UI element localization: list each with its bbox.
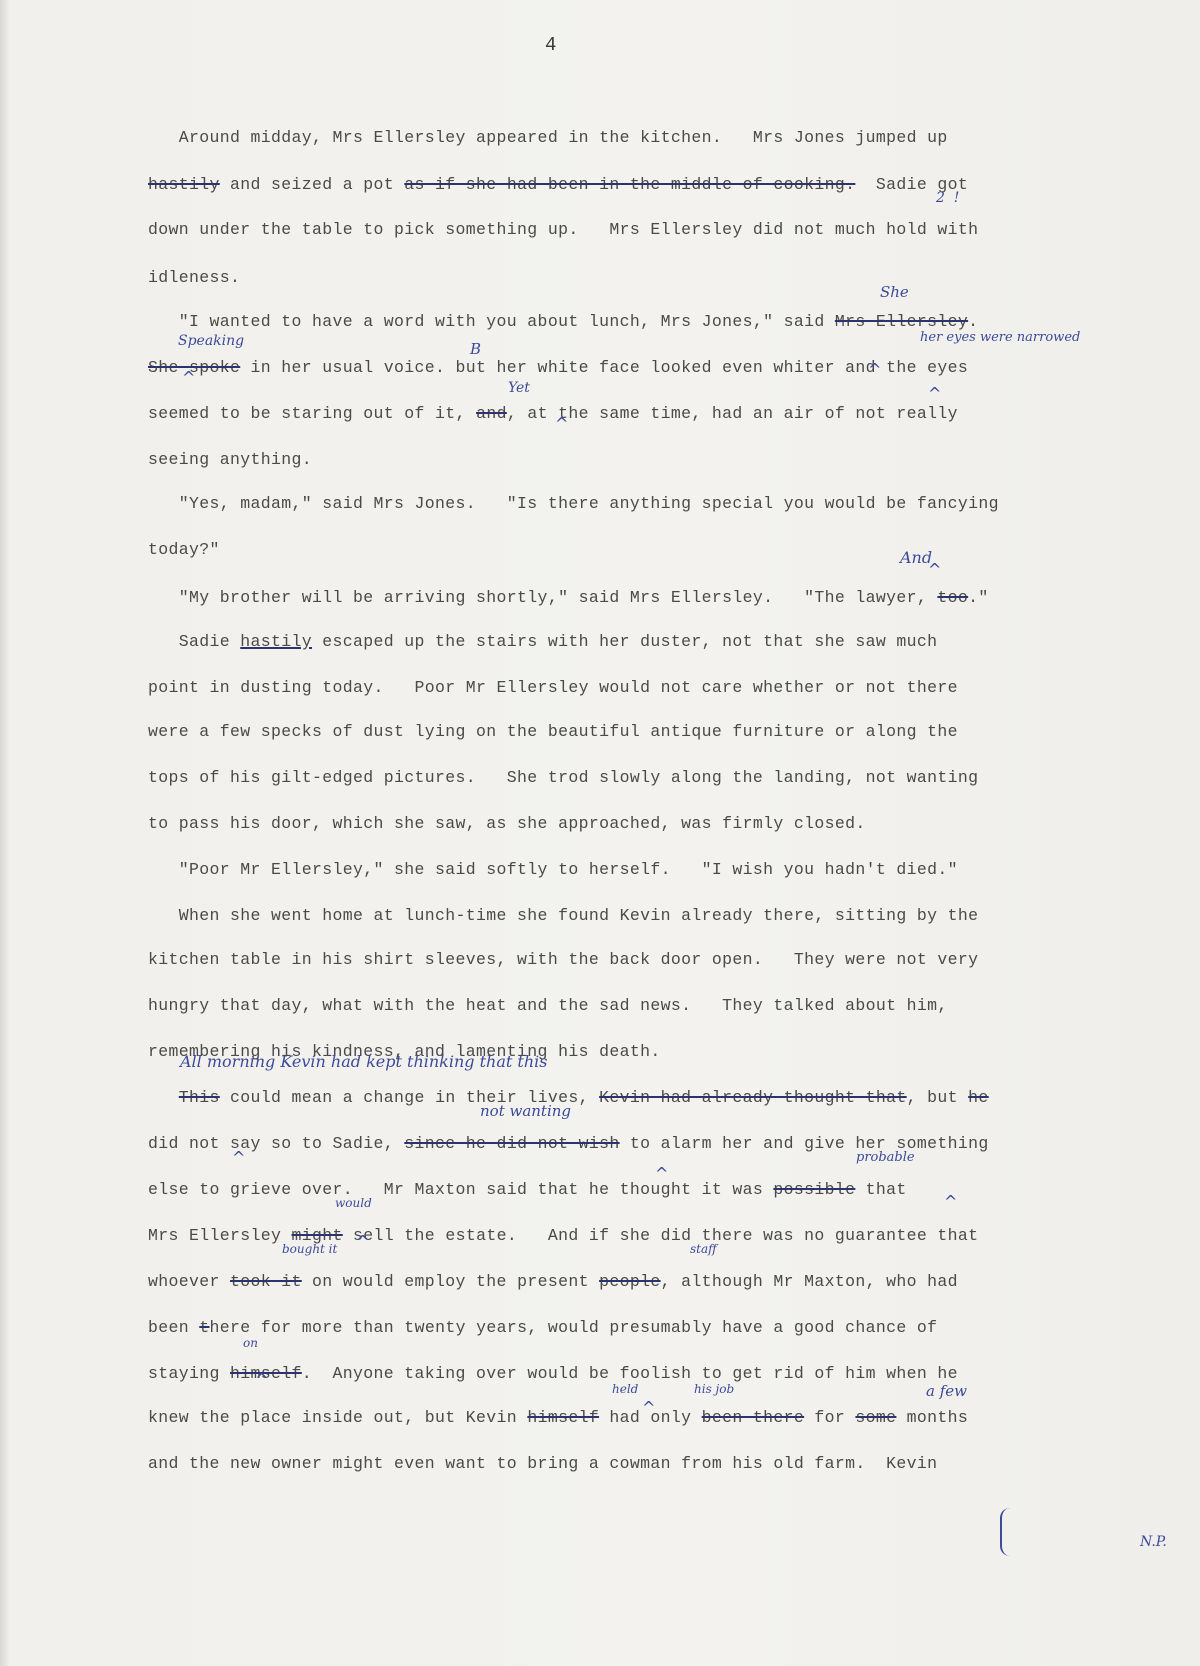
text-run: , although Mr Maxton, who had	[661, 1272, 958, 1291]
text-run: , but	[907, 1088, 969, 1107]
typed-line: "I wanted to have a word with you about …	[148, 312, 978, 331]
typed-line: kitchen table in his shirt sleeves, with…	[148, 950, 978, 969]
annotation-her-eyes-narrowed: her eyes were narrowed	[920, 330, 1080, 345]
insertion-caret-icon: ^	[356, 1232, 369, 1251]
text-run: .	[968, 312, 978, 331]
insertion-caret-icon: ^	[868, 360, 881, 379]
typed-line: point in dusting today. Poor Mr Ellersle…	[148, 678, 958, 697]
annotation-speaking: Speaking	[178, 333, 244, 349]
annotation-all-morning: All morning Kevin had kept thinking that…	[180, 1052, 547, 1071]
text-run: Mrs Ellersley	[148, 1226, 292, 1245]
text-run: were a few specks of dust lying on the b…	[148, 722, 958, 741]
insertion-caret-icon: ^	[928, 384, 941, 403]
text-run: point in dusting today. Poor Mr Ellersle…	[148, 678, 958, 697]
struck-text: been there	[702, 1408, 805, 1427]
text-run: "Yes, madam," said Mrs Jones. "Is there …	[148, 494, 999, 513]
struck-text: This	[179, 1088, 220, 1107]
insertion-caret-icon: ^	[555, 414, 568, 433]
text-run: When she went home at lunch-time she fou…	[148, 906, 978, 925]
text-run: here for more than twenty years, would p…	[210, 1318, 938, 1337]
typed-line: seemed to be staring out of it, and, at …	[148, 404, 958, 423]
typed-line: today?"	[148, 540, 220, 559]
underlined-text: hastily	[240, 632, 312, 651]
struck-text: and	[476, 404, 507, 423]
struck-text: took it	[230, 1272, 302, 1291]
typed-line: Around midday, Mrs Ellersley appeared in…	[148, 128, 948, 147]
typed-line: "Poor Mr Ellersley," she said softly to …	[148, 860, 958, 879]
text-run: ."	[968, 588, 989, 607]
text-run: down under the table to pick something u…	[148, 220, 978, 239]
text-run: months	[896, 1408, 968, 1427]
typed-line: were a few specks of dust lying on the b…	[148, 722, 958, 741]
annotation-held: held	[612, 1382, 638, 1396]
text-run: to pass his door, which she saw, as she …	[148, 814, 866, 833]
insertion-caret-icon: ^	[232, 1148, 245, 1167]
typed-line: She spoke in her usual voice. but her wh…	[148, 358, 968, 377]
insertion-caret-icon: ^	[944, 1192, 957, 1211]
struck-text: possible	[773, 1180, 855, 1199]
typed-line: When she went home at lunch-time she fou…	[148, 906, 978, 925]
annotation-yet: Yet	[508, 380, 530, 396]
insertion-caret-icon: ^	[642, 1398, 655, 1417]
text-run: else to grieve over. Mr Maxton said that…	[148, 1180, 773, 1199]
typed-line: else to grieve over. Mr Maxton said that…	[148, 1180, 907, 1199]
text-run: been	[148, 1318, 199, 1337]
typed-line: been there for more than twenty years, w…	[148, 1318, 937, 1337]
text-run: "My brother will be arriving shortly," s…	[148, 588, 937, 607]
text-run: idleness.	[148, 268, 240, 287]
text-run: that	[855, 1180, 906, 1199]
text-run: Sadie	[148, 632, 240, 651]
text-run: Around midday, Mrs Ellersley appeared in…	[148, 128, 948, 147]
typed-line: "Yes, madam," said Mrs Jones. "Is there …	[148, 494, 999, 513]
manuscript-page: 4 Around midday, Mrs Ellersley appeared …	[0, 0, 1200, 1666]
annotation-new-paragraph: N.P.	[1140, 1534, 1167, 1550]
annotation-reorder-marks: 2 !	[936, 190, 959, 206]
typed-line: "My brother will be arriving shortly," s…	[148, 588, 989, 607]
text-run: "I wanted to have a word with you about …	[148, 312, 835, 331]
text-run: and the new owner might even want to bri…	[148, 1454, 937, 1473]
text-run: did not say so to Sadie,	[148, 1134, 404, 1153]
text-run: tops of his gilt-edged pictures. She tro…	[148, 768, 978, 787]
typed-line: seeing anything.	[148, 450, 312, 469]
text-run: for	[804, 1408, 855, 1427]
text-run: and seized a pot	[220, 175, 405, 194]
struck-text: people	[599, 1272, 661, 1291]
struck-text: Kevin had already thought that	[599, 1088, 907, 1107]
typed-line: tops of his gilt-edged pictures. She tro…	[148, 768, 978, 787]
text-run: seemed to be staring out of it,	[148, 404, 476, 423]
text-run: whoever	[148, 1272, 230, 1291]
struck-text: t	[199, 1318, 209, 1337]
text-run: escaped up the stairs with her duster, n…	[312, 632, 937, 651]
typed-line: hungry that day, what with the heat and …	[148, 996, 948, 1015]
struck-text: as if she had been in the middle of cook…	[404, 175, 855, 194]
insertion-caret-icon: ^	[255, 1370, 268, 1389]
typed-line: staying himself. Anyone taking over woul…	[148, 1364, 958, 1383]
typed-line: idleness.	[148, 268, 240, 287]
struck-text: some	[855, 1408, 896, 1427]
text-run: sell the estate. And if she did there wa…	[343, 1226, 979, 1245]
insertion-caret-icon: ^	[182, 368, 195, 387]
struck-text: since he did not wish	[404, 1134, 619, 1153]
text-run: today?"	[148, 540, 220, 559]
text-run: , at the same time, had an air of not re…	[507, 404, 958, 423]
text-run: kitchen table in his shirt sleeves, with…	[148, 950, 978, 969]
text-run: to alarm her and give her something	[620, 1134, 989, 1153]
text-run: seeing anything.	[148, 450, 312, 469]
annotation-she: She	[880, 283, 909, 301]
typed-line: down under the table to pick something u…	[148, 220, 978, 239]
struck-text: himself	[527, 1408, 599, 1427]
annotation-a-few: a few	[926, 1382, 967, 1400]
struck-text: too	[937, 588, 968, 607]
text-run: . Anyone taking over would be foolish to…	[302, 1364, 958, 1383]
annotation-capital-b: B	[470, 340, 481, 358]
insertion-caret-icon: ^	[928, 560, 941, 579]
typed-line: hastily and seized a pot as if she had b…	[148, 175, 968, 194]
text-run: hungry that day, what with the heat and …	[148, 996, 948, 1015]
text-run: knew the place inside out, but Kevin	[148, 1408, 527, 1427]
typed-line: whoever took it on would employ the pres…	[148, 1272, 958, 1291]
page-number: 4	[545, 34, 556, 56]
typed-line: Mrs Ellersley might sell the estate. And…	[148, 1226, 978, 1245]
text-run: "Poor Mr Ellersley," she said softly to …	[148, 860, 958, 879]
text-run	[148, 1088, 179, 1107]
typed-line: to pass his door, which she saw, as she …	[148, 814, 866, 833]
annotation-bought-it: bought it	[282, 1242, 337, 1256]
annotation-probable: probable	[856, 1150, 915, 1165]
annotation-on: on	[243, 1336, 258, 1350]
text-run: in her usual voice. but her white face l…	[240, 358, 968, 377]
new-paragraph-bracket-icon	[1000, 1508, 1016, 1556]
typed-line: and the new owner might even want to bri…	[148, 1454, 937, 1473]
struck-text: hastily	[148, 175, 220, 194]
annotation-his-job: his job	[694, 1382, 734, 1396]
annotation-not-wanting: not wanting	[480, 1102, 571, 1120]
typed-line: Sadie hastily escaped up the stairs with…	[148, 632, 937, 651]
annotation-staff: staff	[690, 1242, 717, 1256]
struck-text: Mrs Ellersley	[835, 312, 968, 331]
text-run: on would employ the present	[302, 1272, 599, 1291]
struck-text: he	[968, 1088, 989, 1107]
text-run: staying	[148, 1364, 230, 1383]
insertion-caret-icon: ^	[655, 1164, 668, 1183]
annotation-would: would	[335, 1196, 372, 1210]
typed-line: knew the place inside out, but Kevin him…	[148, 1408, 968, 1427]
